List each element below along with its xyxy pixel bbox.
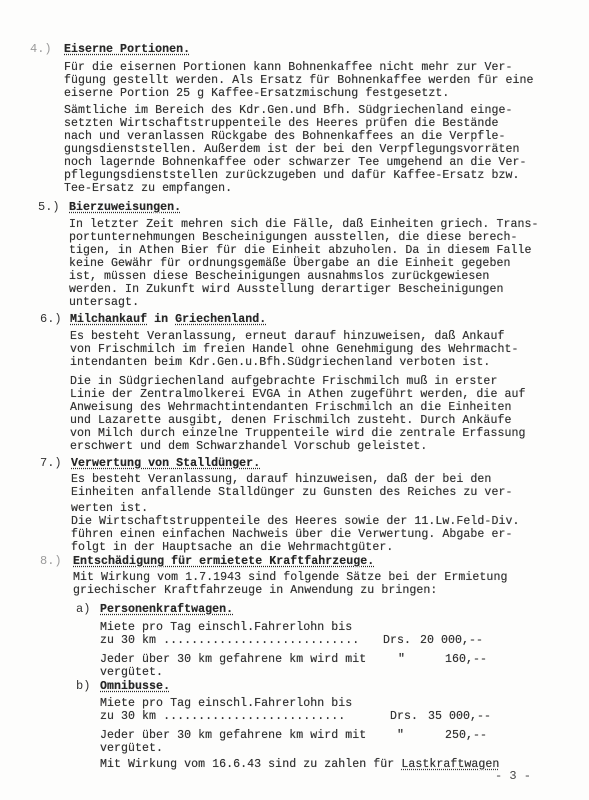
text-line: zu 30 km .......................... bbox=[100, 710, 345, 723]
document-page: 4.) Eiserne Portionen. Für die eisernen … bbox=[0, 0, 589, 800]
text-line: keine Gewähr für ordnungsgemäße Übergabe… bbox=[69, 257, 510, 270]
text-line: werden. In Zukunft wird Ausstellung dera… bbox=[69, 283, 503, 296]
amount: 250,-- bbox=[445, 729, 487, 742]
section-title-part: in bbox=[147, 313, 175, 326]
currency-label: " bbox=[398, 653, 405, 666]
text-line: Linie der Zentralmolkerei EVGA in Athen … bbox=[70, 388, 525, 401]
text-line: führen einen einfachen Nachweis über die… bbox=[71, 528, 512, 541]
closing-line-underlined: Lastkraftwagen bbox=[401, 758, 499, 771]
text-line: eiserne Portion 25 g Kaffee-Ersatzmischu… bbox=[64, 87, 449, 100]
text-line: pflegungsdienststellen zurückzugeben und… bbox=[64, 169, 519, 182]
text-line: Die in Südgriechenland aufgebrachte Fris… bbox=[70, 375, 497, 388]
section-number: 4.) bbox=[30, 43, 52, 56]
subsection-title: Personenkraftwagen. bbox=[100, 603, 233, 616]
text-line: intendanten beim Kdr.Gen.u.Bfh.Südgriech… bbox=[70, 356, 490, 369]
text-line: Tee-Ersatz zu empfangen. bbox=[64, 182, 232, 195]
text-line: gungsdienststellen. Außerdem ist der bei… bbox=[64, 143, 519, 156]
currency-label: Drs. bbox=[390, 710, 418, 723]
section-number: 7.) bbox=[40, 457, 62, 470]
text-line: Die Wirtschaftstruppenteile des Heeres s… bbox=[71, 515, 519, 528]
text-line: erschwert und dem Schwarzhandel Vorschub… bbox=[70, 440, 427, 453]
text-line: griechischer Kraftfahrzeuge in Anwendung… bbox=[73, 584, 437, 597]
section-title: Milchankauf in Griechenland. bbox=[70, 313, 266, 326]
page-number: - 3 - bbox=[495, 769, 531, 783]
text-line: setzten Wirtschaftstruppenteile des Heer… bbox=[64, 117, 498, 130]
text-line: Jeder über 30 km gefahrene km wird mit bbox=[100, 729, 366, 742]
text-line: tigen, in Athen Bier für die Einheit abz… bbox=[69, 244, 532, 257]
currency-label: Drs. bbox=[383, 634, 411, 647]
text-line: Anweisung des Wehrmachtintendanten Frisc… bbox=[70, 401, 511, 414]
currency-label: " bbox=[397, 729, 404, 742]
text-line: noch lagernde Bohnenkaffee oder schwarze… bbox=[64, 156, 527, 169]
text-line: portunternehmungen Bescheinigungen ausst… bbox=[69, 231, 517, 244]
amount: 20 000,-- bbox=[420, 634, 483, 647]
amount: 35 000,-- bbox=[428, 710, 491, 723]
subsection-label: a) bbox=[76, 603, 90, 616]
text-line: Sämtliche im Bereich des Kdr.Gen.und Bfh… bbox=[64, 104, 512, 117]
text-line: von Milch durch einzelne Truppenteile wi… bbox=[70, 427, 525, 440]
text-line: Mit Wirkung vom 16.6.43 sind zu zahlen f… bbox=[100, 758, 499, 771]
section-title: Entschädigung für ermietete Kraftfahrzeu… bbox=[73, 555, 374, 568]
text-line: Miete pro Tag einschl.Fahrerlohn bis bbox=[100, 621, 352, 634]
text-line: In letzter Zeit mehren sich die Fälle, d… bbox=[69, 218, 539, 231]
text-line: Es besteht Veranlassung, darauf hinzuwei… bbox=[71, 473, 491, 486]
section-title: Eiserne Portionen. bbox=[64, 43, 190, 56]
text-line: Jeder über 30 km gefahrene km wird mit bbox=[100, 653, 366, 666]
section-number: 6.) bbox=[40, 313, 62, 326]
text-line: Mit Wirkung vom 1.7.1943 sind folgende S… bbox=[73, 571, 507, 584]
text-line: ist, müssen diese Bescheinigungen ausnah… bbox=[69, 270, 489, 283]
text-line: Es besteht Veranlassung, erneut darauf h… bbox=[70, 330, 504, 343]
section-title-part: Griechenland. bbox=[175, 313, 266, 326]
section-title: Bierzuweisungen. bbox=[69, 201, 181, 214]
closing-line-text: Mit Wirkung vom 16.6.43 sind zu zahlen f… bbox=[100, 758, 401, 771]
text-line: zu 30 km ............................ bbox=[100, 634, 359, 647]
text-line: Einheiten anfallende Stalldünger zu Guns… bbox=[71, 486, 512, 499]
subsection-label: b) bbox=[76, 680, 90, 693]
text-line: nach und veranlassen Rückgabe des Bohnen… bbox=[64, 130, 505, 143]
text-line: Für die eisernen Portionen kann Bohnenka… bbox=[64, 61, 512, 74]
text-line: fügung gestellt werden. Als Ersatz für B… bbox=[64, 74, 534, 87]
text-line: und Lazarette ausgibt, denen Frischmilch… bbox=[70, 414, 511, 427]
text-line: vergütet. bbox=[100, 666, 163, 679]
section-title-part: Milchankauf bbox=[70, 313, 147, 326]
text-line: von Frischmilch im freien Handel ohne Ge… bbox=[70, 343, 518, 356]
subsection-title: Omnibusse. bbox=[100, 680, 170, 693]
text-line: untersagt. bbox=[69, 296, 139, 309]
section-number: 8.) bbox=[40, 555, 62, 568]
text-line: folgt in der Hauptsache an die Wehrmacht… bbox=[71, 541, 393, 554]
section-number: 5.) bbox=[38, 201, 60, 214]
text-line: Miete pro Tag einschl.Fahrerlohn bis bbox=[100, 697, 352, 710]
amount: 160,-- bbox=[445, 653, 487, 666]
text-line: vergütet. bbox=[100, 742, 163, 755]
section-title: Verwertung von Stalldünger. bbox=[71, 457, 260, 470]
text-line: werten ist. bbox=[71, 502, 148, 515]
